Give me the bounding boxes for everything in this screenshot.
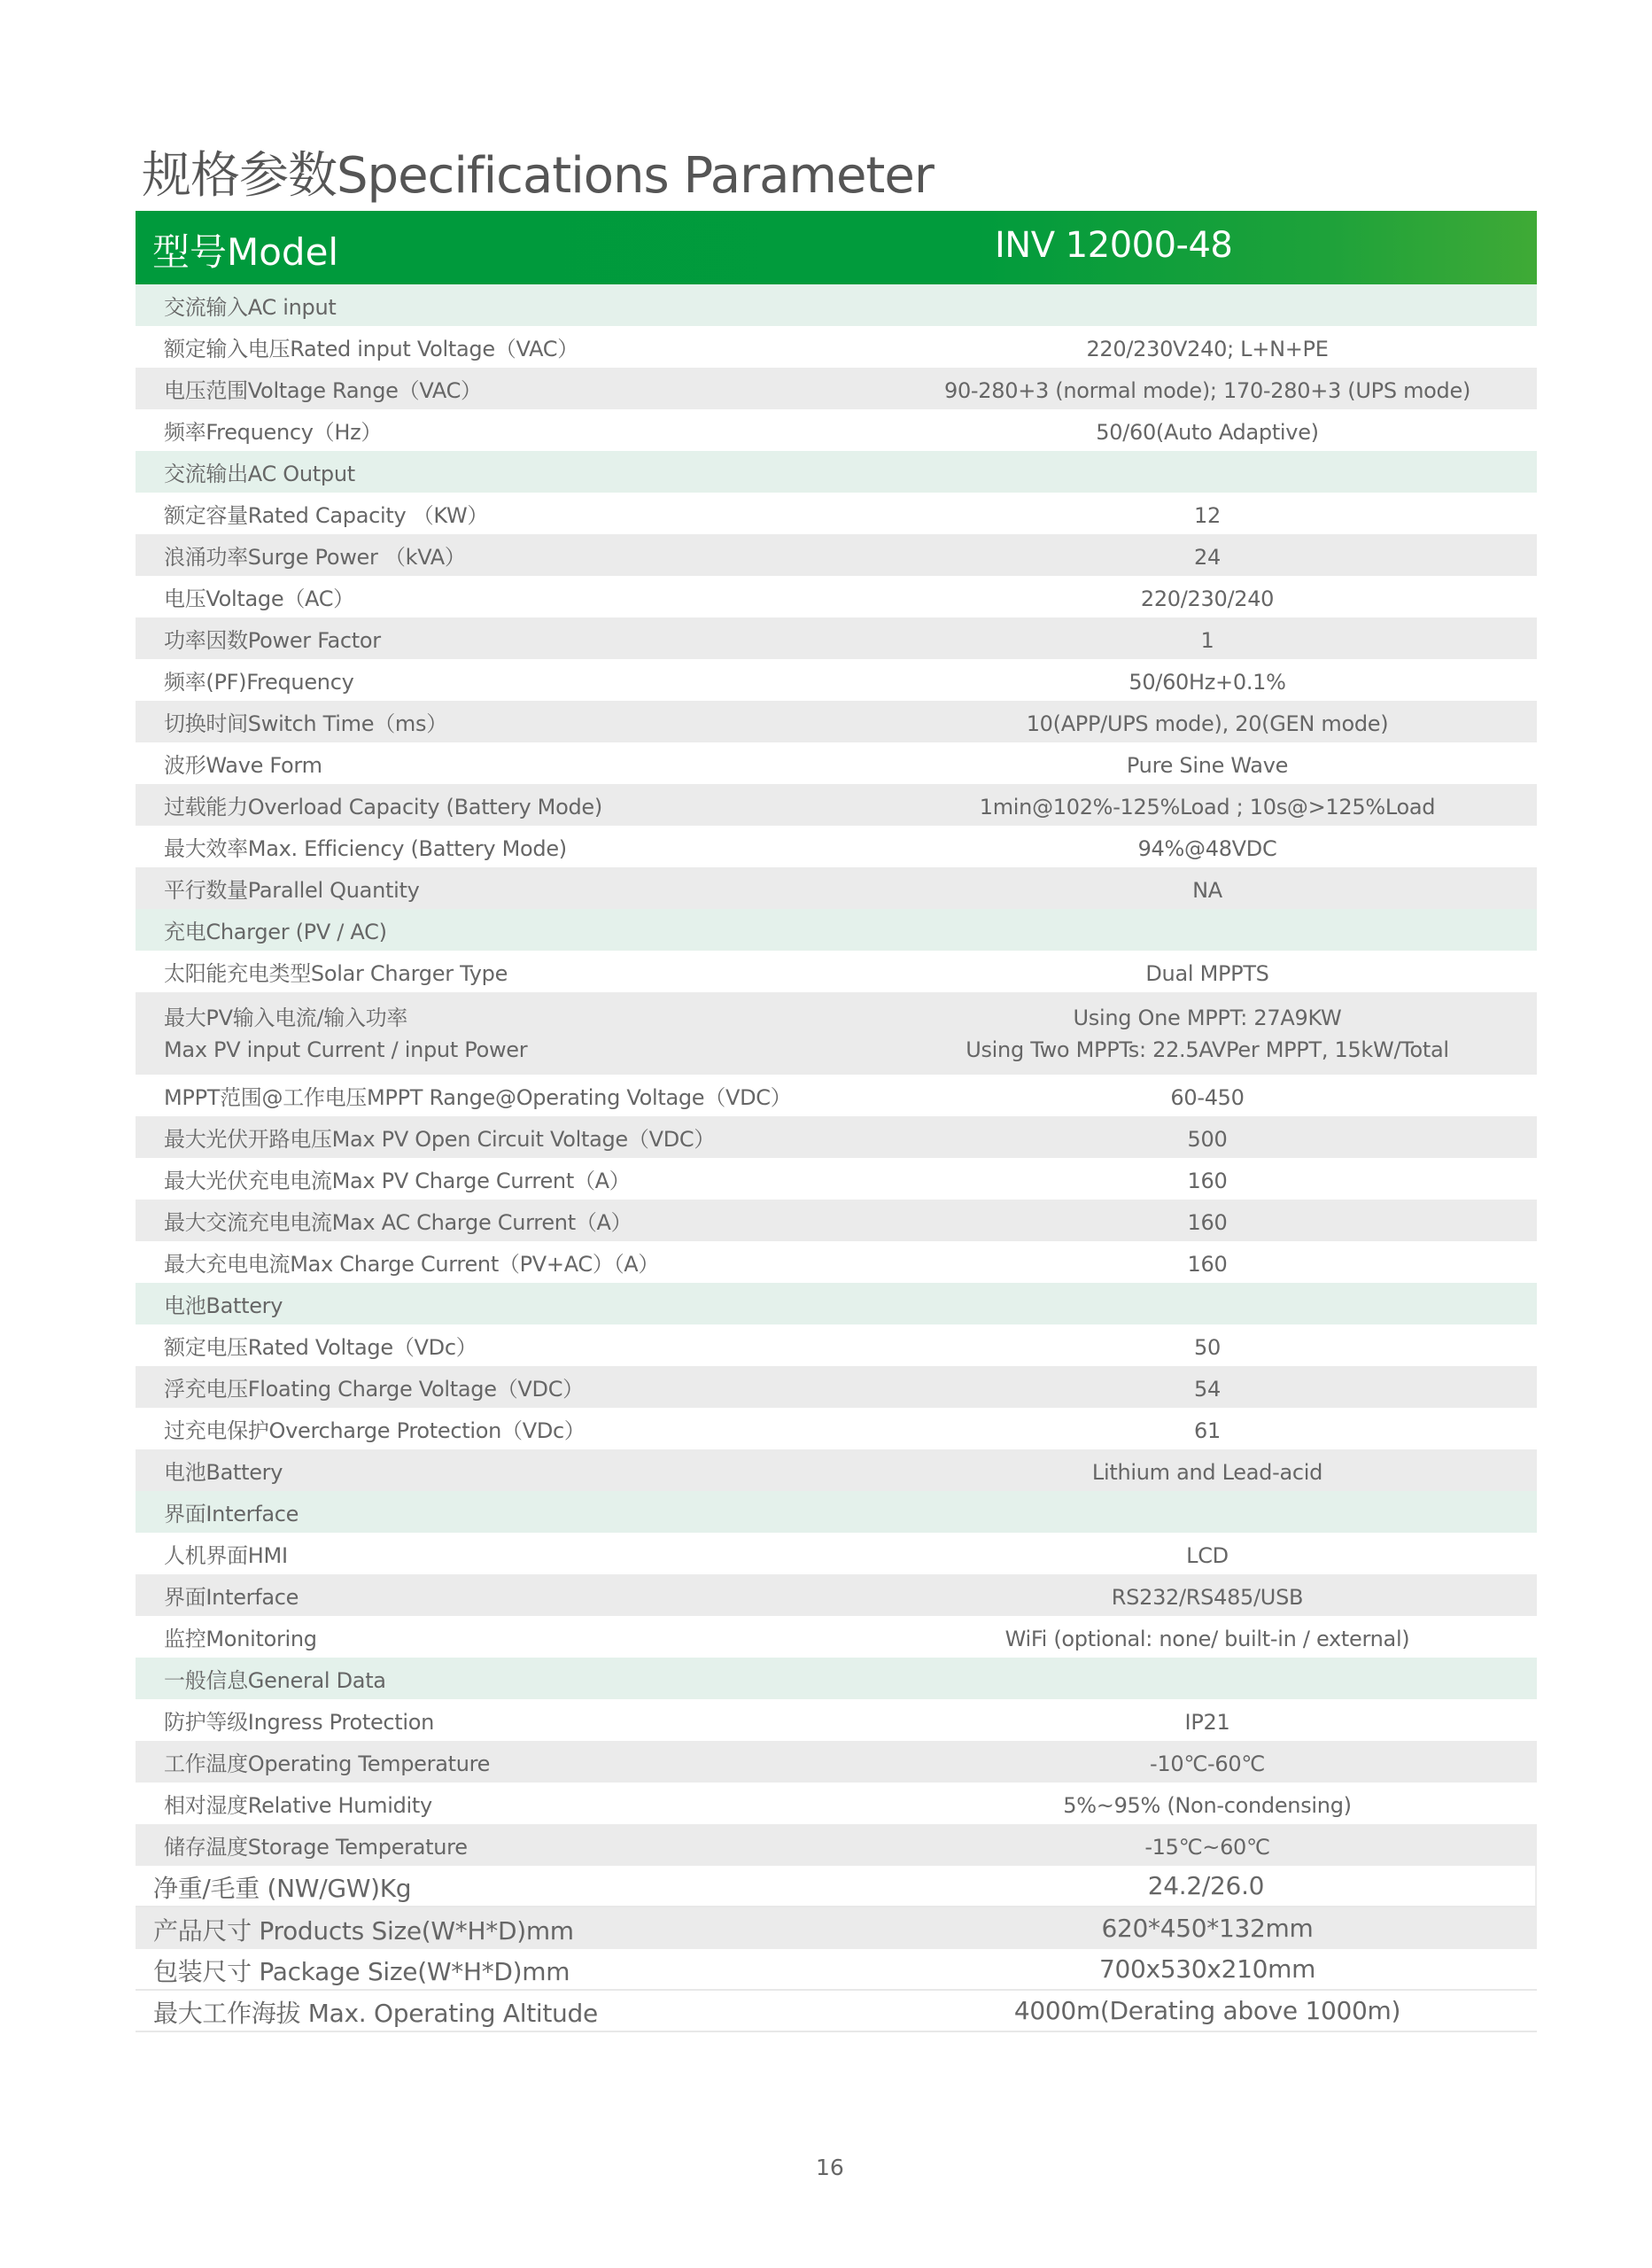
spec-value: 24.2/26.0 bbox=[877, 1866, 1535, 1906]
spec-row-power-factor: 功率因数Power Factor 1 bbox=[136, 617, 1537, 659]
spec-value: IP21 bbox=[878, 1699, 1537, 1741]
page-number: 16 bbox=[816, 2155, 844, 2180]
spec-label: 人机界面HMI bbox=[136, 1533, 878, 1574]
spec-value: 12 bbox=[878, 493, 1537, 534]
spec-label: 净重/毛重 (NW/GW)Kg bbox=[136, 1866, 877, 1906]
spec-label: 太阳能充电类型Solar Charger Type bbox=[136, 951, 878, 992]
spec-value: 50/60(Auto Adaptive) bbox=[878, 409, 1537, 451]
spec-value: 50 bbox=[878, 1324, 1537, 1366]
section-label: 一般信息General Data bbox=[136, 1658, 878, 1699]
spec-row-max-pv-input: 最大PV输入电流/输入功率 Max PV input Current / inp… bbox=[136, 992, 1537, 1075]
spec-label: 功率因数Power Factor bbox=[136, 617, 878, 659]
spec-row-max-charge-current: 最大充电电流Max Charge Current（PV+AC）（A） 160 bbox=[136, 1241, 1537, 1283]
spec-row-max-pv-charge-current: 最大光伏充电电流Max PV Charge Current（A） 160 bbox=[136, 1158, 1537, 1200]
spec-row-surge-power: 浪涌功率Surge Power （kVA） 24 bbox=[136, 534, 1537, 576]
spec-value: 50/60Hz+0.1% bbox=[878, 659, 1537, 701]
spec-value: Dual MPPTS bbox=[878, 951, 1537, 992]
model-value: INV 12000-48 bbox=[995, 225, 1232, 266]
specifications-table: 型号Model INV 12000-48 交流输入AC input 额定输入电压… bbox=[136, 211, 1537, 2032]
spec-row-ingress-protection: 防护等级Ingress Protection IP21 bbox=[136, 1699, 1537, 1741]
spec-label: 频率(PF)Frequency bbox=[136, 659, 878, 701]
spec-value-line-2: Using Two MPPTs: 22.5AVPer MPPT, 15kW/To… bbox=[878, 1034, 1537, 1066]
spec-row-input-frequency: 频率Frequency（Hz） 50/60(Auto Adaptive) bbox=[136, 409, 1537, 451]
section-ac-output: 交流输出AC Output bbox=[136, 451, 1537, 493]
spec-value: 94%@48VDC bbox=[878, 826, 1537, 867]
spec-label: 电池Battery bbox=[136, 1449, 878, 1491]
spec-value: NA bbox=[878, 867, 1537, 909]
spec-row-hmi: 人机界面HMI LCD bbox=[136, 1533, 1537, 1574]
section-battery: 电池Battery bbox=[136, 1283, 1537, 1324]
section-ac-input: 交流输入AC input bbox=[136, 284, 1537, 326]
section-interface: 界面Interface bbox=[136, 1491, 1537, 1533]
spec-label: 界面Interface bbox=[136, 1574, 878, 1616]
spec-value: 4000m(Derating above 1000m) bbox=[878, 1991, 1537, 2031]
spec-label: 频率Frequency（Hz） bbox=[136, 409, 878, 451]
spec-value: 220/230/240 bbox=[878, 576, 1537, 617]
spec-label: 额定容量Rated Capacity （KW） bbox=[136, 493, 878, 534]
spec-value: 160 bbox=[878, 1241, 1537, 1283]
spec-row-output-voltage: 电压Voltage（AC） 220/230/240 bbox=[136, 576, 1537, 617]
spec-row-switch-time: 切换时间Switch Time（ms） 10(APP/UPS mode), 20… bbox=[136, 701, 1537, 742]
section-label: 交流输入AC input bbox=[136, 284, 878, 326]
spec-row-max-efficiency: 最大效率Max. Efficiency (Battery Mode) 94%@4… bbox=[136, 826, 1537, 867]
spec-row-voltage-range: 电压范围Voltage Range（VAC） 90-280+3 (normal … bbox=[136, 368, 1537, 409]
spec-value: 54 bbox=[878, 1366, 1537, 1408]
spec-label: 额定电压Rated Voltage（VDc） bbox=[136, 1324, 878, 1366]
spec-value: 5%~95% (Non-condensing) bbox=[878, 1783, 1537, 1824]
spec-label: 切换时间Switch Time（ms） bbox=[136, 701, 878, 742]
spec-label: 最大工作海拔 Max. Operating Altitude bbox=[136, 1991, 878, 2031]
section-general-data: 一般信息General Data bbox=[136, 1658, 1537, 1699]
spec-row-solar-charger-type: 太阳能充电类型Solar Charger Type Dual MPPTS bbox=[136, 951, 1537, 992]
spec-value: -10℃-60℃ bbox=[878, 1741, 1537, 1783]
spec-value: WiFi (optional: none/ built-in / externa… bbox=[878, 1616, 1537, 1658]
spec-label: 产品尺寸 Products Size(W*H*D)mm bbox=[136, 1907, 878, 1949]
spec-label: 最大交流充电电流Max AC Charge Current（A） bbox=[136, 1200, 878, 1241]
spec-value: 160 bbox=[878, 1158, 1537, 1200]
spec-row-max-altitude: 最大工作海拔 Max. Operating Altitude 4000m(Der… bbox=[136, 1991, 1537, 2032]
spec-label-line-en: Max PV input Current / input Power bbox=[164, 1034, 878, 1066]
spec-label: MPPT范围@工作电压MPPT Range@Operating Voltage（… bbox=[136, 1075, 878, 1116]
spec-label-line-cn: 最大PV输入电流/输入功率 bbox=[164, 1002, 878, 1034]
spec-row-mppt-range: MPPT范围@工作电压MPPT Range@Operating Voltage（… bbox=[136, 1075, 1537, 1116]
spec-row-storage-temperature: 储存温度Storage Temperature -15℃~60℃ bbox=[136, 1824, 1537, 1866]
spec-row-overcharge-protection: 过充电保护Overcharge Protection（VDc） 61 bbox=[136, 1408, 1537, 1449]
spec-value: 1min@102%-125%Load ; 10s@>125%Load bbox=[878, 784, 1537, 826]
spec-row-product-size: 产品尺寸 Products Size(W*H*D)mm 620*450*132m… bbox=[136, 1907, 1537, 1949]
spec-row-rated-input-voltage: 额定输入电压Rated input Voltage（VAC） 220/230V2… bbox=[136, 326, 1537, 368]
spec-row-max-pv-open-circuit: 最大光伏开路电压Max PV Open Circuit Voltage（VDC）… bbox=[136, 1116, 1537, 1158]
spec-label: 过载能力Overload Capacity (Battery Mode) bbox=[136, 784, 878, 826]
spec-label: 电压范围Voltage Range（VAC） bbox=[136, 368, 878, 409]
spec-value: Pure Sine Wave bbox=[878, 742, 1537, 784]
spec-label: 波形Wave Form bbox=[136, 742, 878, 784]
section-value bbox=[878, 909, 1537, 951]
spec-value: 90-280+3 (normal mode); 170-280+3 (UPS m… bbox=[878, 368, 1537, 409]
spec-row-output-frequency: 频率(PF)Frequency 50/60Hz+0.1% bbox=[136, 659, 1537, 701]
spec-label: 最大效率Max. Efficiency (Battery Mode) bbox=[136, 826, 878, 867]
spec-value: LCD bbox=[878, 1533, 1537, 1574]
section-label: 界面Interface bbox=[136, 1491, 878, 1533]
model-header-row: 型号Model INV 12000-48 bbox=[136, 211, 1537, 284]
section-value bbox=[878, 1283, 1537, 1324]
spec-label: 浪涌功率Surge Power （kVA） bbox=[136, 534, 878, 576]
section-value bbox=[878, 284, 1537, 326]
spec-label: 最大充电电流Max Charge Current（PV+AC）（A） bbox=[136, 1241, 878, 1283]
model-label: 型号Model bbox=[152, 223, 338, 276]
spec-label: 工作温度Operating Temperature bbox=[136, 1741, 878, 1783]
section-value bbox=[878, 1658, 1537, 1699]
spec-value: RS232/RS485/USB bbox=[878, 1574, 1537, 1616]
spec-label: 最大PV输入电流/输入功率 Max PV input Current / inp… bbox=[136, 992, 878, 1075]
spec-value: 24 bbox=[878, 534, 1537, 576]
spec-row-overload-capacity: 过载能力Overload Capacity (Battery Mode) 1mi… bbox=[136, 784, 1537, 826]
spec-label: 防护等级Ingress Protection bbox=[136, 1699, 878, 1741]
spec-value: 1 bbox=[878, 617, 1537, 659]
spec-row-relative-humidity: 相对湿度Relative Humidity 5%~95% (Non-conden… bbox=[136, 1783, 1537, 1824]
spec-label: 储存温度Storage Temperature bbox=[136, 1824, 878, 1866]
section-label: 充电Charger (PV / AC) bbox=[136, 909, 878, 951]
section-value bbox=[878, 451, 1537, 493]
spec-row-weight: 净重/毛重 (NW/GW)Kg 24.2/26.0 bbox=[136, 1866, 1537, 1907]
spec-row-monitoring: 监控Monitoring WiFi (optional: none/ built… bbox=[136, 1616, 1537, 1658]
spec-value: 700x530x210mm bbox=[878, 1949, 1537, 1989]
section-label: 交流输出AC Output bbox=[136, 451, 878, 493]
spec-label: 电压Voltage（AC） bbox=[136, 576, 878, 617]
section-value bbox=[878, 1491, 1537, 1533]
spec-row-max-ac-charge-current: 最大交流充电电流Max AC Charge Current（A） 160 bbox=[136, 1200, 1537, 1241]
section-label: 电池Battery bbox=[136, 1283, 878, 1324]
spec-label: 监控Monitoring bbox=[136, 1616, 878, 1658]
spec-value: Using One MPPT: 27A9KW Using Two MPPTs: … bbox=[878, 992, 1537, 1075]
spec-value: 10(APP/UPS mode), 20(GEN mode) bbox=[878, 701, 1537, 742]
spec-label: 浮充电压Floating Charge Voltage（VDC） bbox=[136, 1366, 878, 1408]
spec-value: Lithium and Lead-acid bbox=[878, 1449, 1537, 1491]
spec-value: 500 bbox=[878, 1116, 1537, 1158]
spec-label: 最大光伏充电电流Max PV Charge Current（A） bbox=[136, 1158, 878, 1200]
spec-label: 过充电保护Overcharge Protection（VDc） bbox=[136, 1408, 878, 1449]
page-title: 规格参数Specifications Parameter bbox=[142, 136, 934, 207]
spec-row-battery-type: 电池Battery Lithium and Lead-acid bbox=[136, 1449, 1537, 1491]
spec-value: 220/230V240; L+N+PE bbox=[878, 326, 1537, 368]
spec-row-parallel-quantity: 平行数量Parallel Quantity NA bbox=[136, 867, 1537, 909]
spec-label: 相对湿度Relative Humidity bbox=[136, 1783, 878, 1824]
spec-value: 160 bbox=[878, 1200, 1537, 1241]
spec-value: 60-450 bbox=[878, 1075, 1537, 1116]
spec-label: 平行数量Parallel Quantity bbox=[136, 867, 878, 909]
spec-row-interface: 界面Interface RS232/RS485/USB bbox=[136, 1574, 1537, 1616]
section-charger: 充电Charger (PV / AC) bbox=[136, 909, 1537, 951]
spec-value-line-1: Using One MPPT: 27A9KW bbox=[878, 1002, 1537, 1034]
spec-row-package-size: 包装尺寸 Package Size(W*H*D)mm 700x530x210mm bbox=[136, 1949, 1537, 1991]
spec-value: -15℃~60℃ bbox=[878, 1824, 1537, 1866]
spec-value: 61 bbox=[878, 1408, 1537, 1449]
spec-row-wave-form: 波形Wave Form Pure Sine Wave bbox=[136, 742, 1537, 784]
spec-row-floating-charge-voltage: 浮充电压Floating Charge Voltage（VDC） 54 bbox=[136, 1366, 1537, 1408]
spec-row-operating-temperature: 工作温度Operating Temperature -10℃-60℃ bbox=[136, 1741, 1537, 1783]
spec-label: 包装尺寸 Package Size(W*H*D)mm bbox=[136, 1949, 878, 1989]
spec-value: 620*450*132mm bbox=[878, 1907, 1537, 1949]
spec-row-rated-voltage: 额定电压Rated Voltage（VDc） 50 bbox=[136, 1324, 1537, 1366]
spec-row-rated-capacity: 额定容量Rated Capacity （KW） 12 bbox=[136, 493, 1537, 534]
spec-label: 最大光伏开路电压Max PV Open Circuit Voltage（VDC） bbox=[136, 1116, 878, 1158]
spec-label: 额定输入电压Rated input Voltage（VAC） bbox=[136, 326, 878, 368]
